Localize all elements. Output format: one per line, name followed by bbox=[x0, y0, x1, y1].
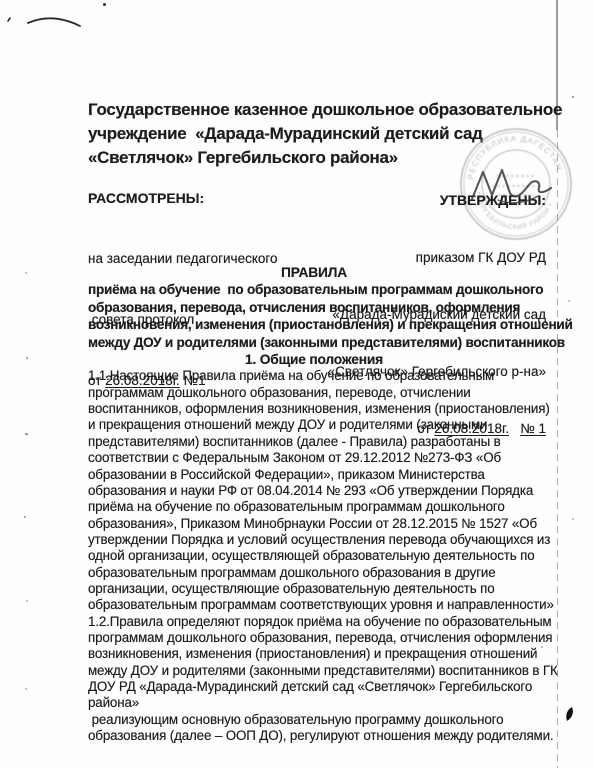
body-line: одной организации, осуществляющей образо… bbox=[88, 548, 540, 564]
body-line: программам дошкольного образования, пере… bbox=[88, 630, 540, 646]
pen-stroke-mark bbox=[4, 12, 89, 34]
approved-date-line: от 26.08.2018г. № 1 bbox=[226, 419, 546, 438]
ink-blot bbox=[561, 706, 575, 722]
approved-date: 26.08.2018г. bbox=[434, 421, 509, 436]
body-line: образовательным программам дошкольного о… bbox=[88, 565, 540, 581]
scan-speck bbox=[572, 518, 574, 520]
scan-speck bbox=[26, 357, 28, 359]
body-line: района» bbox=[88, 695, 540, 711]
body-line: приёма на обучение по образовательным пр… bbox=[88, 499, 540, 515]
approved-line: «Дарада-Мурадиский детский сад bbox=[226, 305, 546, 324]
scan-speck bbox=[26, 600, 28, 602]
body-line: возникновения, изменения (приостановлени… bbox=[88, 646, 540, 662]
scan-speck bbox=[25, 688, 27, 690]
scan-speck bbox=[572, 96, 574, 98]
scan-speck bbox=[541, 646, 543, 648]
body-line: ДОУ РД «Дарада-Мурадинский детский сад «… bbox=[88, 679, 540, 695]
approved-order-number: № 1 bbox=[520, 421, 546, 436]
approved-date-separator bbox=[509, 421, 520, 436]
document-page: Государственное казенное дошкольное обра… bbox=[0, 0, 593, 768]
org-header-line: Государственное казенное дошкольное обра… bbox=[88, 98, 548, 122]
approved-date-prefix: от bbox=[417, 421, 434, 436]
scan-speck bbox=[25, 272, 27, 274]
signature-scribble bbox=[468, 163, 558, 207]
body-line: образования и науки РФ от 08.04.2014 № 2… bbox=[88, 483, 540, 499]
body-line: образования», Приказом Минобрнауки Росси… bbox=[88, 516, 540, 532]
body-line: организации, осуществляющие образователь… bbox=[88, 581, 540, 597]
scan-speck bbox=[568, 300, 570, 302]
scan-speck bbox=[103, 3, 106, 6]
approved-line: приказом ГК ДОУ РД bbox=[226, 248, 546, 267]
body-line: утверждении Порядка и условий осуществле… bbox=[88, 532, 540, 548]
body-line: образования (далее – ООП ДО), регулируют… bbox=[88, 728, 540, 744]
scan-speck bbox=[25, 433, 28, 435]
body-line: 1.2.Правила определяют порядок приёма на… bbox=[88, 614, 540, 630]
approved-line: «Светлячок» Гергебильского р-на» bbox=[226, 362, 546, 381]
body-line: образовательным программам соответствующ… bbox=[88, 597, 540, 613]
body-line: между ДОУ и родителями (законными предст… bbox=[88, 663, 540, 679]
scan-speck bbox=[24, 516, 26, 518]
body-line: реализующим основную образовательную про… bbox=[88, 712, 540, 728]
